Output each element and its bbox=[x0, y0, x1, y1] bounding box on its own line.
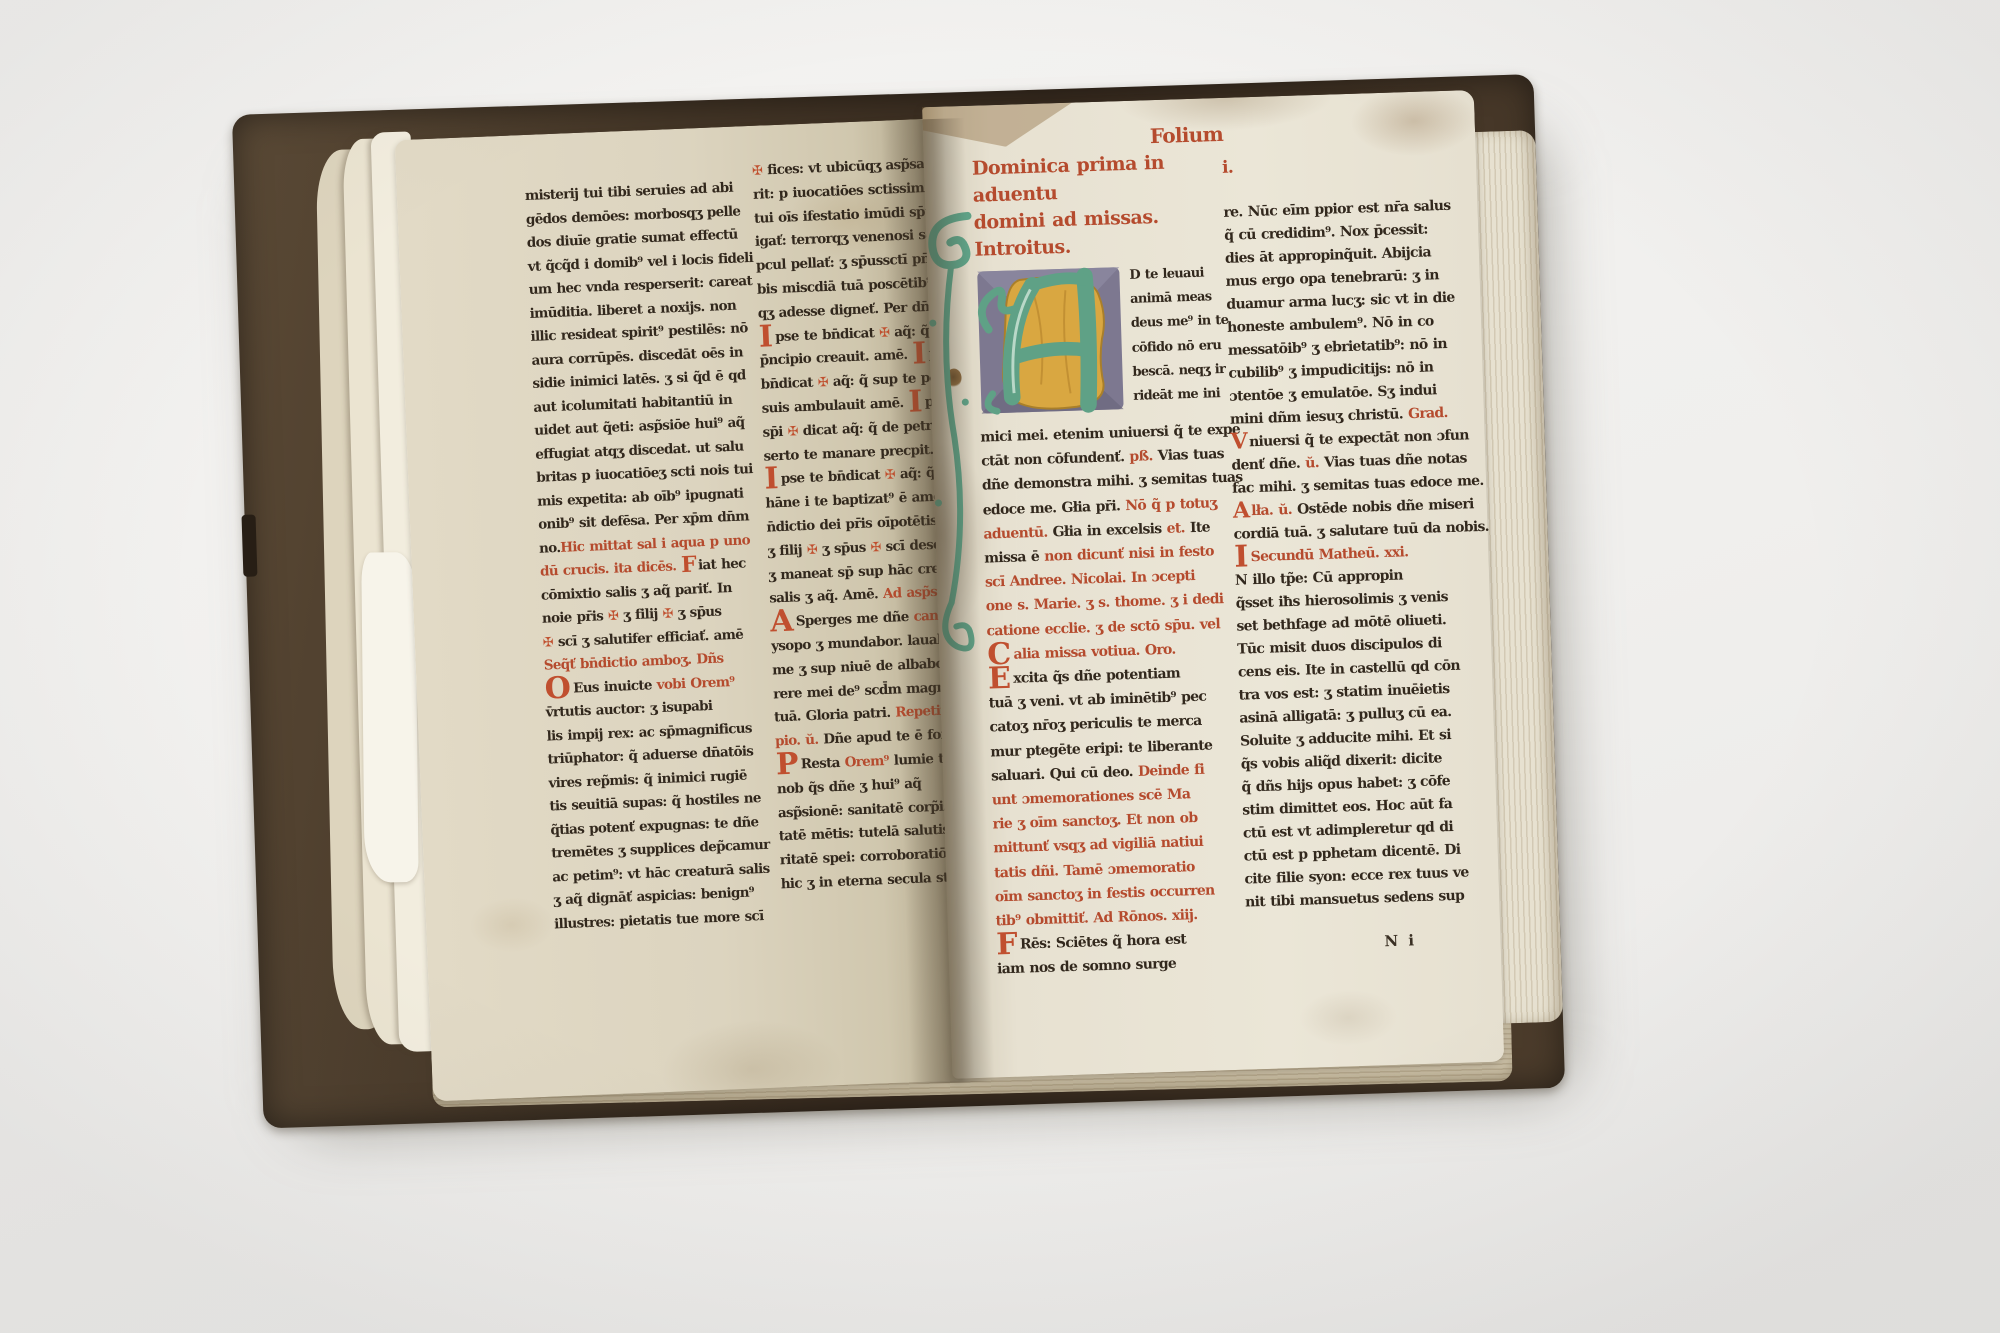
right-column2-body: re. Nūc eīm ppior est nr̄a salusq̃ cū cr… bbox=[1223, 194, 1497, 915]
text-line: rideāt me ini bbox=[1133, 382, 1232, 409]
left-page-column-1: misterij tui tibi seruies ad abigēdos de… bbox=[525, 176, 781, 936]
illuminated-initial-A bbox=[975, 264, 1126, 417]
right-page-column-1: Folium Dominica prima in aduentu domini … bbox=[971, 120, 1250, 982]
left-page: misterij tui tibi seruies ad abigēdos de… bbox=[395, 119, 965, 1102]
folio-number: i. bbox=[1222, 150, 1475, 202]
open-book: misterij tui tibi seruies ad abigēdos de… bbox=[231, 46, 1585, 1187]
signature-mark: N i bbox=[1384, 927, 1499, 954]
right-column1-body: mici mei. etenim uniuersi q̃ te expectāt… bbox=[980, 418, 1249, 982]
photo-backdrop: { "palette":{ "backdrop":"#f2f1ef","cove… bbox=[0, 0, 2000, 1333]
text-line: cōfido nō eru bbox=[1131, 333, 1230, 360]
rubric-title-line-1: Dominica prima in aduentu bbox=[972, 148, 1226, 210]
rubric-title-line-2: domini ad missas. Introitus. bbox=[973, 202, 1227, 264]
initial-side-text: D te leuauianimā measdeus me⁹ in tecōfid… bbox=[1129, 261, 1232, 409]
illuminated-initial-row: D te leuauianimā measdeus me⁹ in tecōfid… bbox=[975, 261, 1232, 419]
right-page: Folium Dominica prima in aduentu domini … bbox=[922, 90, 1504, 1079]
vine-flourish bbox=[915, 201, 1002, 683]
right-page-column-2: i. re. Nūc eīm ppior est nr̄a salusq̃ cū… bbox=[1222, 150, 1499, 958]
torn-flyleaf bbox=[361, 552, 418, 883]
text-line: deus me⁹ in te bbox=[1131, 309, 1230, 336]
text-line: animā meas bbox=[1130, 285, 1229, 312]
text-line: D te leuaui bbox=[1129, 261, 1228, 288]
text-line: bescā. neqʒ ir bbox=[1132, 358, 1231, 385]
clasp-remnant bbox=[241, 514, 257, 576]
